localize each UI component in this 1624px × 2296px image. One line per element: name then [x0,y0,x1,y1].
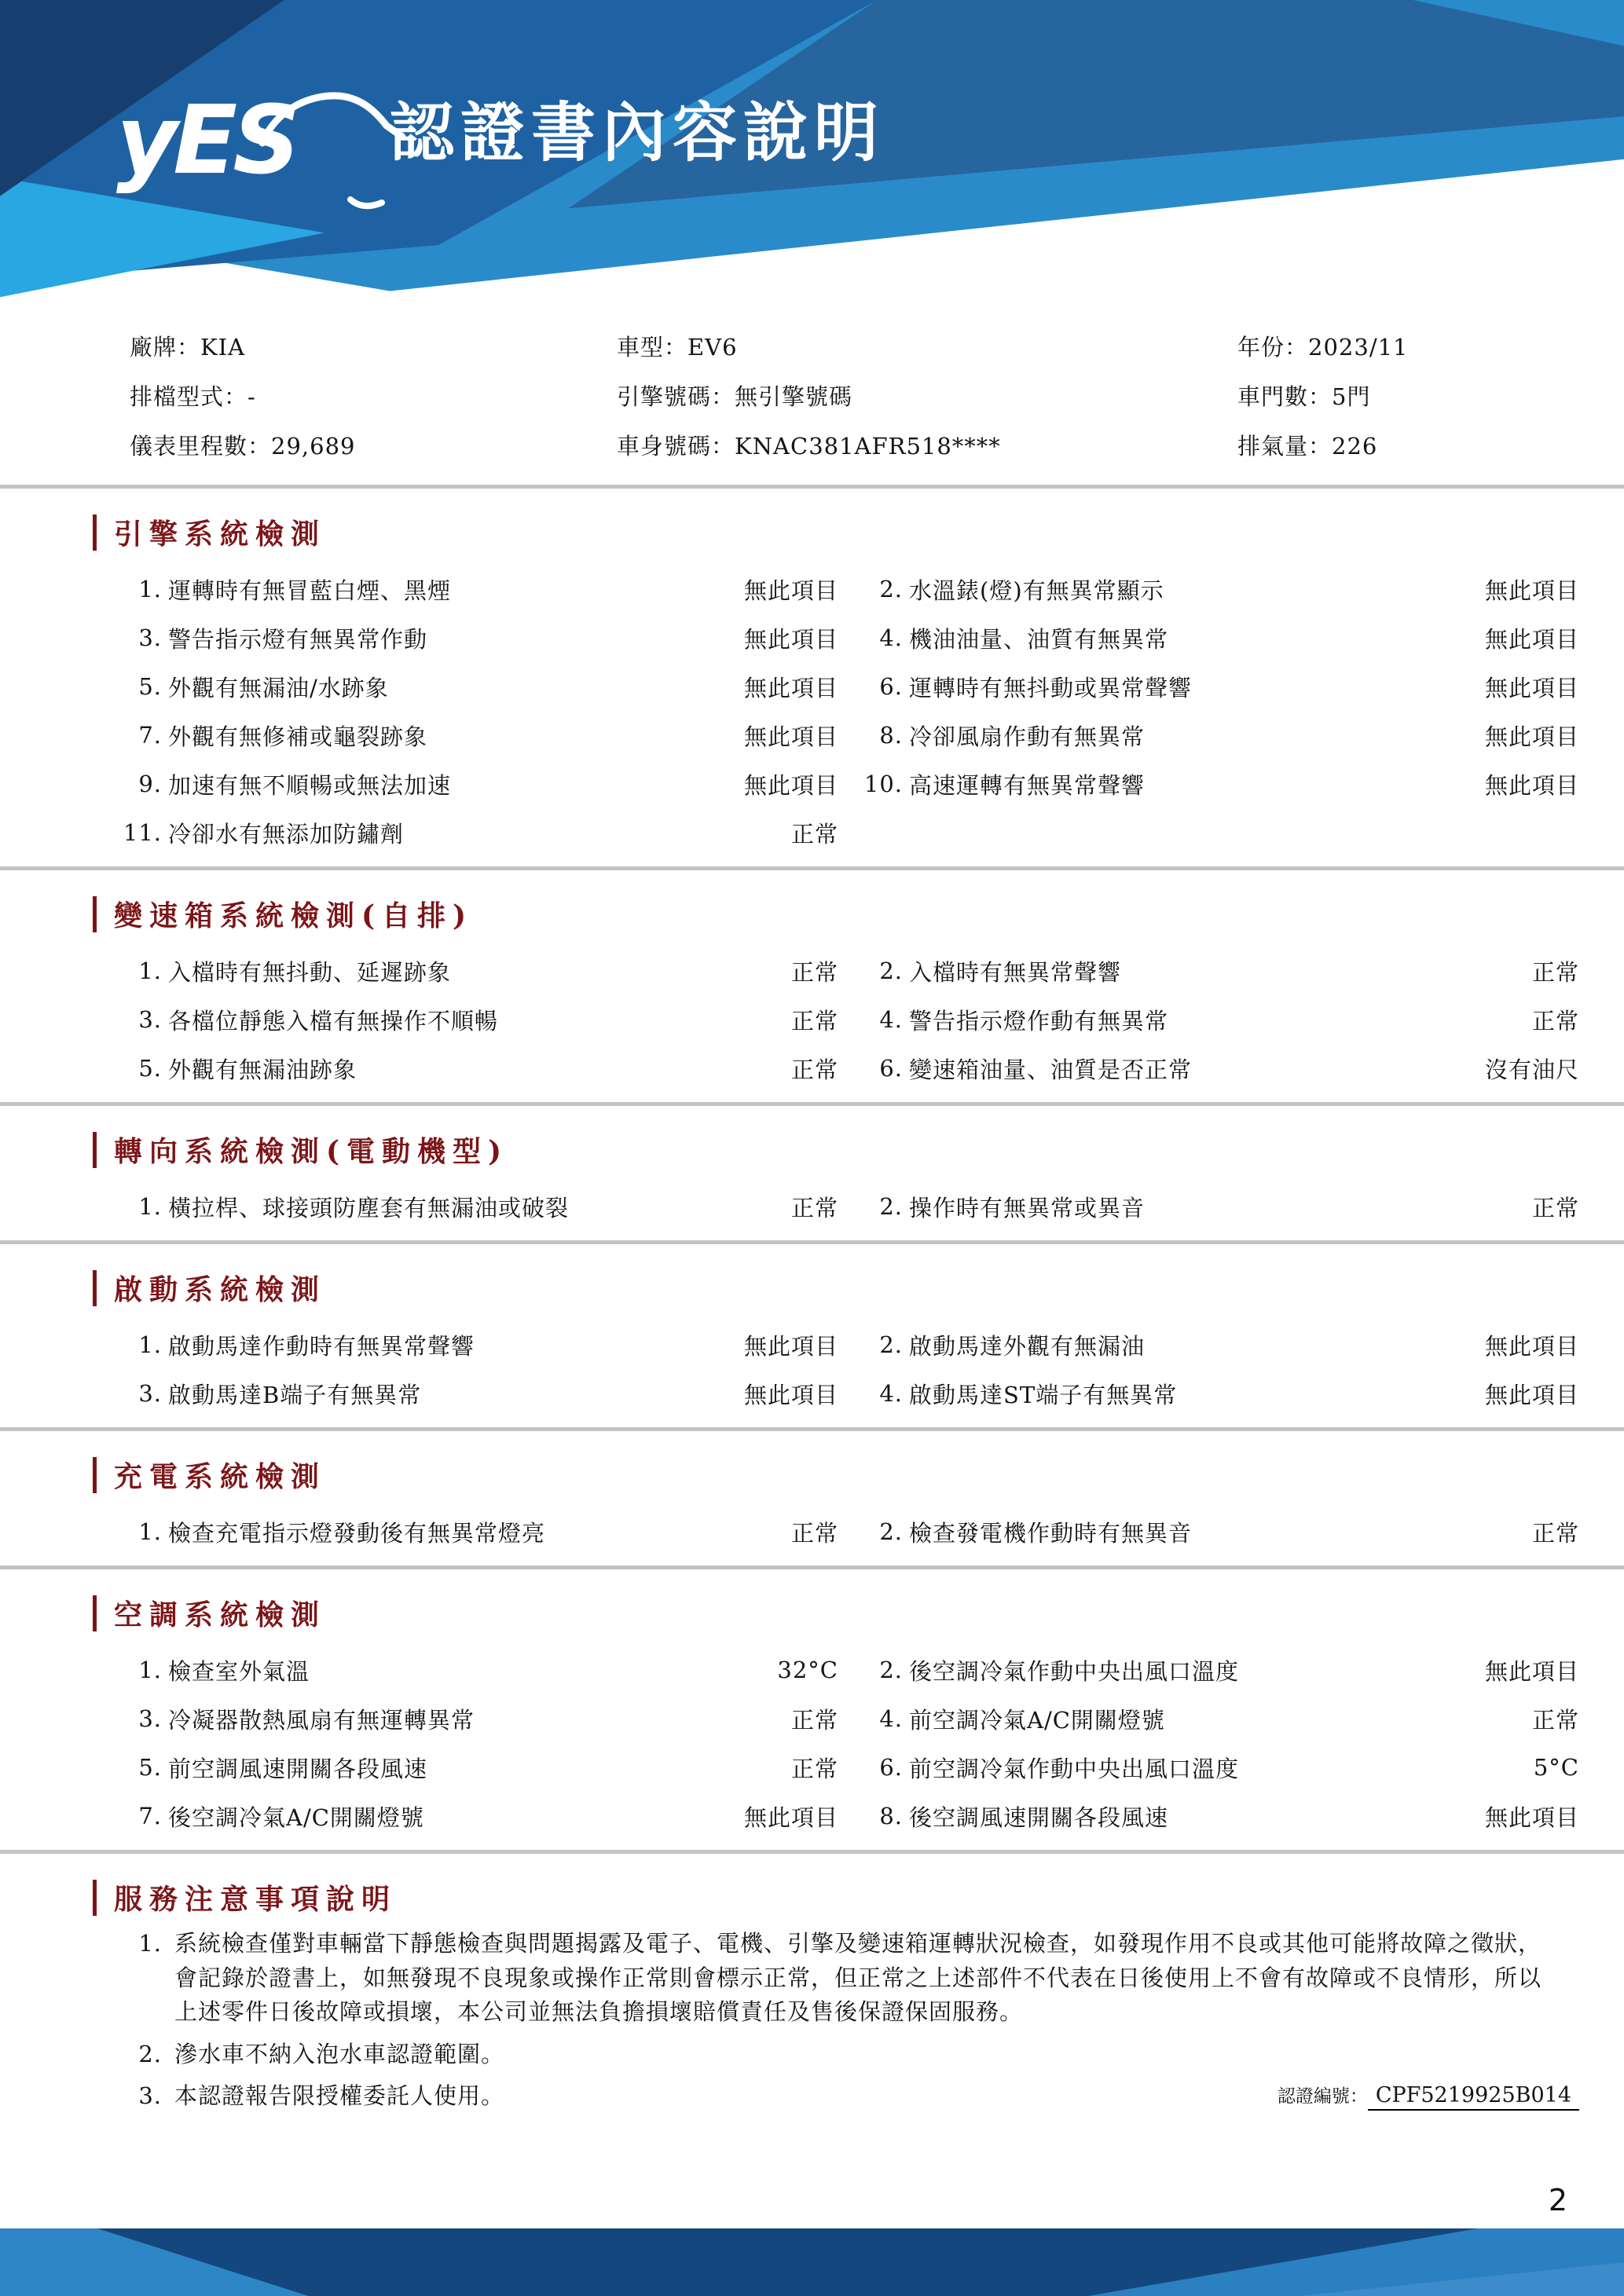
item-number: 1. [118,1193,168,1220]
item-number: 2. [859,1518,909,1545]
item-status: 無此項目 [1469,671,1579,703]
page-header: yES 認證書內容說明 [0,0,1624,306]
aircon-items: 1.檢查室外氣溫32°C 2.後空調冷氣作動中央出風口溫度無此項目 3.冷凝器散… [0,1638,1624,1850]
item-label: 警告指示燈作動有無異常 [909,1004,1168,1036]
field-label: 排檔型式： [130,383,247,410]
section-title: 引擎系統檢測 [114,512,326,552]
vehicle-field: 車門數：5門 [1237,379,1579,412]
page-footer [0,2228,1624,2296]
section-title: 變速箱系統檢測(自排) [114,894,473,934]
field-label: 年份： [1237,334,1308,361]
vehicle-info: 廠牌：KIA 車型：EV6 年份：2023/11 排檔型式：- 引擎號碼：無引擎… [0,306,1624,485]
inspection-item: 5.外觀有無漏油跡象正常 [118,1044,838,1093]
inspection-item: 1.運轉時有無冒藍白煙、黑煙無此項目 [118,565,838,613]
item-number: 3. [118,624,168,651]
vehicle-field: 排檔型式：- [130,379,617,412]
vehicle-field: 年份：2023/11 [1237,330,1579,362]
inspection-item: 3.各檔位靜態入檔有無操作不順暢正常 [118,995,838,1044]
item-number: 6. [859,1754,909,1781]
vehicle-field: 引擎號碼：無引擎號碼 [617,379,1237,412]
section-header-transmission: 變速箱系統檢測(自排) [0,894,1624,934]
transmission-items: 1.入檔時有無抖動、延遲跡象正常 2.入檔時有無異常聲響正常 3.各檔位靜態入檔… [0,939,1624,1102]
item-label: 啟動馬達B端子有無異常 [168,1378,421,1410]
note-number: 3. [118,2079,174,2114]
note-number: 1. [118,1927,174,2030]
item-status: 無此項目 [1469,1329,1579,1361]
vehicle-field: 車型：EV6 [617,330,1237,362]
section-title: 轉向系統檢測(電動機型) [114,1130,508,1170]
item-status: 正常 [1516,1703,1579,1735]
inspection-item: 6.前空調冷氣作動中央出風口溫度5°C [859,1743,1579,1792]
item-number: 2. [859,1193,909,1220]
item-label: 冷卻風扇作動有無異常 [909,720,1145,752]
yes-logo: yES [116,72,391,222]
item-status: 正常 [775,817,838,849]
vehicle-field: 排氣量：226 [1237,429,1579,461]
field-label: 引擎號碼： [617,383,735,410]
item-number: 5. [118,1055,168,1082]
item-label: 啟動馬達作動時有無異常聲響 [168,1329,475,1361]
field-value: EV6 [687,334,738,361]
item-label: 機油油量、油質有無異常 [909,622,1168,654]
field-value: 226 [1332,433,1377,460]
section-header-starter: 啟動系統檢測 [0,1268,1624,1308]
item-number: 7. [118,722,168,749]
item-label: 冷卻水有無添加防鏽劑 [168,817,404,849]
inspection-item: 1.入檔時有無抖動、延遲跡象正常 [118,947,838,995]
item-label: 高速運轉有無異常聲響 [909,768,1145,800]
note-text: 本認證報告限授權委託人使用。 [174,2079,504,2114]
item-status: 正常 [1516,1516,1579,1548]
item-label: 前空調風速開關各段風速 [168,1752,427,1784]
field-label: 儀表里程數： [130,433,271,460]
item-status: 正常 [775,1191,838,1223]
inspection-item: 3.警告指示燈有無異常作動無此項目 [118,613,838,662]
item-number: 11. [118,819,168,846]
item-label: 前空調冷氣作動中央出風口溫度 [909,1752,1239,1784]
item-label: 警告指示燈有無異常作動 [168,622,427,654]
inspection-item: 11.冷卻水有無添加防鏽劑正常 [118,808,838,857]
field-label: 車門數： [1237,383,1332,410]
starter-items: 1.啟動馬達作動時有無異常聲響無此項目 2.啟動馬達外觀有無漏油無此項目 3.啟… [0,1313,1624,1427]
item-status: 無此項目 [728,1378,838,1410]
item-status: 無此項目 [728,1329,838,1361]
item-status: 無此項目 [1469,622,1579,654]
item-number: 9. [118,771,168,797]
item-label: 後空調冷氣作動中央出風口溫度 [909,1654,1239,1686]
item-label: 後空調冷氣A/C開關燈號 [168,1800,424,1833]
section-header-charging: 充電系統檢測 [0,1455,1624,1495]
item-status: 無此項目 [1469,720,1579,752]
field-label: 排氣量： [1237,433,1332,460]
inspection-item: 3.冷凝器散熱風扇有無運轉異常正常 [118,1694,838,1743]
item-number: 3. [118,1705,168,1732]
item-number: 1. [118,1331,168,1358]
section-title-bar [93,1595,97,1631]
item-number: 7. [118,1803,168,1829]
service-note: 2.滲水車不納入泡水車認證範圍。 [118,2038,1579,2072]
inspection-item: 6.運轉時有無抖動或異常聲響無此項目 [859,662,1579,711]
item-number: 3. [118,1006,168,1033]
item-number: 4. [859,1380,909,1407]
item-number: 3. [118,1380,168,1407]
inspection-item: 5.外觀有無漏油/水跡象無此項目 [118,662,838,711]
engine-items: 1.運轉時有無冒藍白煙、黑煙無此項目 2.水溫錶(燈)有無異常顯示無此項目 3.… [0,557,1624,866]
item-number: 4. [859,624,909,651]
inspection-item: 4.警告指示燈作動有無異常正常 [859,995,1579,1044]
certificate-number-label: 認證編號： [1278,2086,1368,2107]
item-number: 1. [118,1657,168,1683]
item-label: 冷凝器散熱風扇有無運轉異常 [168,1703,475,1735]
item-status: 正常 [775,1004,838,1036]
section-title-bar [93,1880,97,1916]
item-label: 檢查發電機作動時有無異音 [909,1516,1192,1548]
item-number: 5. [118,673,168,700]
item-label: 檢查充電指示燈發動後有無異常燈亮 [168,1516,545,1548]
service-note: 1.系統檢查僅對車輛當下靜態檢查與問題揭露及電子、電機、引擎及變速箱運轉狀況檢查… [118,1927,1579,2030]
item-status: 正常 [775,1703,838,1735]
section-title: 充電系統檢測 [114,1455,326,1495]
item-number: 2. [859,1657,909,1683]
item-status: 正常 [1516,1191,1579,1223]
inspection-item: 1.檢查室外氣溫32°C [118,1646,838,1694]
field-value: 5門 [1332,383,1370,410]
item-number: 1. [118,1518,168,1545]
charging-items: 1.檢查充電指示燈發動後有無異常燈亮正常 2.檢查發電機作動時有無異音正常 [0,1500,1624,1565]
item-number: 5. [118,1754,168,1781]
inspection-item: 2.後空調冷氣作動中央出風口溫度無此項目 [859,1646,1579,1694]
item-status: 無此項目 [1469,1800,1579,1833]
item-label: 外觀有無漏油跡象 [168,1053,357,1085]
item-status: 32°C [761,1657,838,1683]
certificate-page: yES 認證書內容說明 廠牌：KIA 車型：EV6 年份：2023/11 排檔型… [0,0,1624,2296]
inspection-item: 4.啟動馬達ST端子有無異常無此項目 [859,1369,1579,1418]
inspection-item: 4.機油油量、油質有無異常無此項目 [859,613,1579,662]
section-title-bar [93,896,97,932]
inspection-item: 4.前空調冷氣A/C開關燈號正常 [859,1694,1579,1743]
page-title: 認證書內容說明 [390,82,885,174]
item-label: 操作時有無異常或異音 [909,1191,1145,1223]
inspection-item: 2.入檔時有無異常聲響正常 [859,947,1579,995]
item-status: 正常 [775,1053,838,1085]
section-title: 服務注意事項說明 [114,1877,397,1917]
item-label: 入檔時有無抖動、延遲跡象 [168,955,451,987]
inspection-item: 3.啟動馬達B端子有無異常無此項目 [118,1369,838,1418]
section-title-bar [93,1270,97,1306]
item-label: 外觀有無修補或龜裂跡象 [168,720,427,752]
item-number: 2. [859,576,909,602]
inspection-item: 8.後空調風速開關各段風速無此項目 [859,1792,1579,1840]
field-label: 車身號碼： [617,433,735,460]
vehicle-field: 車身號碼：KNAC381AFR518**** [617,429,1237,461]
item-label: 運轉時有無冒藍白煙、黑煙 [168,573,451,606]
inspection-item: 7.外觀有無修補或龜裂跡象無此項目 [118,711,838,760]
certificate-number-value: CPF5219925B014 [1368,2083,1579,2111]
section-divider [0,1850,1624,1854]
item-status: 正常 [1516,1004,1579,1036]
section-header-aircon: 空調系統檢測 [0,1593,1624,1633]
item-status: 無此項目 [728,1800,838,1833]
item-number: 10. [859,771,909,797]
inspection-item: 1.橫拉桿、球接頭防塵套有無漏油或破裂正常 [118,1182,838,1231]
vehicle-field: 儀表里程數：29,689 [130,429,617,461]
item-status: 正常 [775,1752,838,1784]
inspection-item: 8.冷卻風扇作動有無異常無此項目 [859,711,1579,760]
section-title: 啟動系統檢測 [114,1268,326,1308]
certificate-number-block: 認證編號：CPF5219925B014 [1278,2081,1579,2107]
item-status: 無此項目 [1469,1378,1579,1410]
item-status: 無此項目 [728,573,838,606]
inspection-item: 9.加速有無不順暢或無法加速無此項目 [118,760,838,808]
item-label: 加速有無不順暢或無法加速 [168,768,451,800]
item-status: 無此項目 [728,671,838,703]
item-label: 外觀有無漏油/水跡象 [168,671,389,703]
section-title-bar [93,1457,97,1493]
section-header-engine: 引擎系統檢測 [0,512,1624,552]
field-value: 2023/11 [1308,334,1408,361]
field-value: - [247,383,256,410]
item-label: 運轉時有無抖動或異常聲響 [909,671,1192,703]
item-number: 6. [859,1055,909,1082]
item-label: 變速箱油量、油質是否正常 [909,1053,1192,1085]
item-label: 檢查室外氣溫 [168,1654,310,1686]
field-value: 無引擎號碼 [735,383,852,410]
inspection-item: 7.後空調冷氣A/C開關燈號無此項目 [118,1792,838,1840]
item-status: 無此項目 [1469,573,1579,606]
item-status: 無此項目 [728,768,838,800]
note-text: 系統檢查僅對車輛當下靜態檢查與問題揭露及電子、電機、引擎及變速箱運轉狀況檢查，如… [174,1927,1557,2030]
inspection-item: 2.檢查發電機作動時有無異音正常 [859,1507,1579,1556]
item-label: 啟動馬達ST端子有無異常 [909,1378,1177,1410]
item-number: 8. [859,722,909,749]
section-title-bar [93,514,97,551]
item-number: 1. [118,576,168,602]
field-value: KIA [200,334,245,361]
item-number: 1. [118,958,168,984]
section-divider [0,1240,1624,1244]
service-notes: 1.系統檢查僅對車輛當下靜態檢查與問題揭露及電子、電機、引擎及變速箱運轉狀況檢查… [0,1922,1624,2114]
item-label: 前空調冷氣A/C開關燈號 [909,1703,1165,1735]
vehicle-field: 廠牌：KIA [130,330,617,362]
item-number: 6. [859,673,909,700]
page-number: 2 [1549,2183,1567,2217]
item-label: 水溫錶(燈)有無異常顯示 [909,573,1164,606]
field-value: 29,689 [271,433,355,460]
item-number: 2. [859,1331,909,1358]
field-label: 廠牌： [130,334,200,361]
inspection-item: 2.水溫錶(燈)有無異常顯示無此項目 [859,565,1579,613]
inspection-item: 5.前空調風速開關各段風速正常 [118,1743,838,1792]
item-status: 正常 [1516,955,1579,987]
item-number: 4. [859,1006,909,1033]
item-number: 8. [859,1803,909,1829]
inspection-item: 2.操作時有無異常或異音正常 [859,1182,1579,1231]
section-header-steering: 轉向系統檢測(電動機型) [0,1130,1624,1170]
item-status: 正常 [775,955,838,987]
item-status: 沒有油尺 [1469,1053,1579,1085]
item-status: 無此項目 [1469,1654,1579,1686]
note-text: 滲水車不納入泡水車認證範圍。 [174,2038,504,2072]
item-status: 無此項目 [728,720,838,752]
inspection-item: 1.啟動馬達作動時有無異常聲響無此項目 [118,1320,838,1369]
field-label: 車型： [617,334,687,361]
section-header-service-notes: 服務注意事項說明 [0,1877,1624,1917]
item-status: 無此項目 [728,622,838,654]
item-label: 啟動馬達外觀有無漏油 [909,1329,1145,1361]
note-number: 2. [118,2038,174,2072]
steering-items: 1.橫拉桿、球接頭防塵套有無漏油或破裂正常 2.操作時有無異常或異音正常 [0,1174,1624,1240]
item-status: 5°C [1518,1754,1579,1781]
item-label: 後空調風速開關各段風速 [909,1800,1168,1833]
field-value: KNAC381AFR518**** [735,433,1001,460]
section-divider [0,485,1624,489]
item-status: 無此項目 [1469,768,1579,800]
item-label: 入檔時有無異常聲響 [909,955,1121,987]
inspection-item: 10.高速運轉有無異常聲響無此項目 [859,760,1579,808]
inspection-item: 6.變速箱油量、油質是否正常沒有油尺 [859,1044,1579,1093]
item-number: 2. [859,958,909,984]
section-divider [0,1565,1624,1569]
item-status: 正常 [775,1516,838,1548]
section-divider [0,1427,1624,1431]
inspection-item: 2.啟動馬達外觀有無漏油無此項目 [859,1320,1579,1369]
inspection-item: 1.檢查充電指示燈發動後有無異常燈亮正常 [118,1507,838,1556]
section-title: 空調系統檢測 [114,1593,326,1633]
section-divider [0,866,1624,870]
item-label: 橫拉桿、球接頭防塵套有無漏油或破裂 [168,1191,569,1223]
item-label: 各檔位靜態入檔有無操作不順暢 [168,1004,498,1036]
section-title-bar [93,1132,97,1168]
item-number: 4. [859,1705,909,1732]
section-divider [0,1102,1624,1106]
